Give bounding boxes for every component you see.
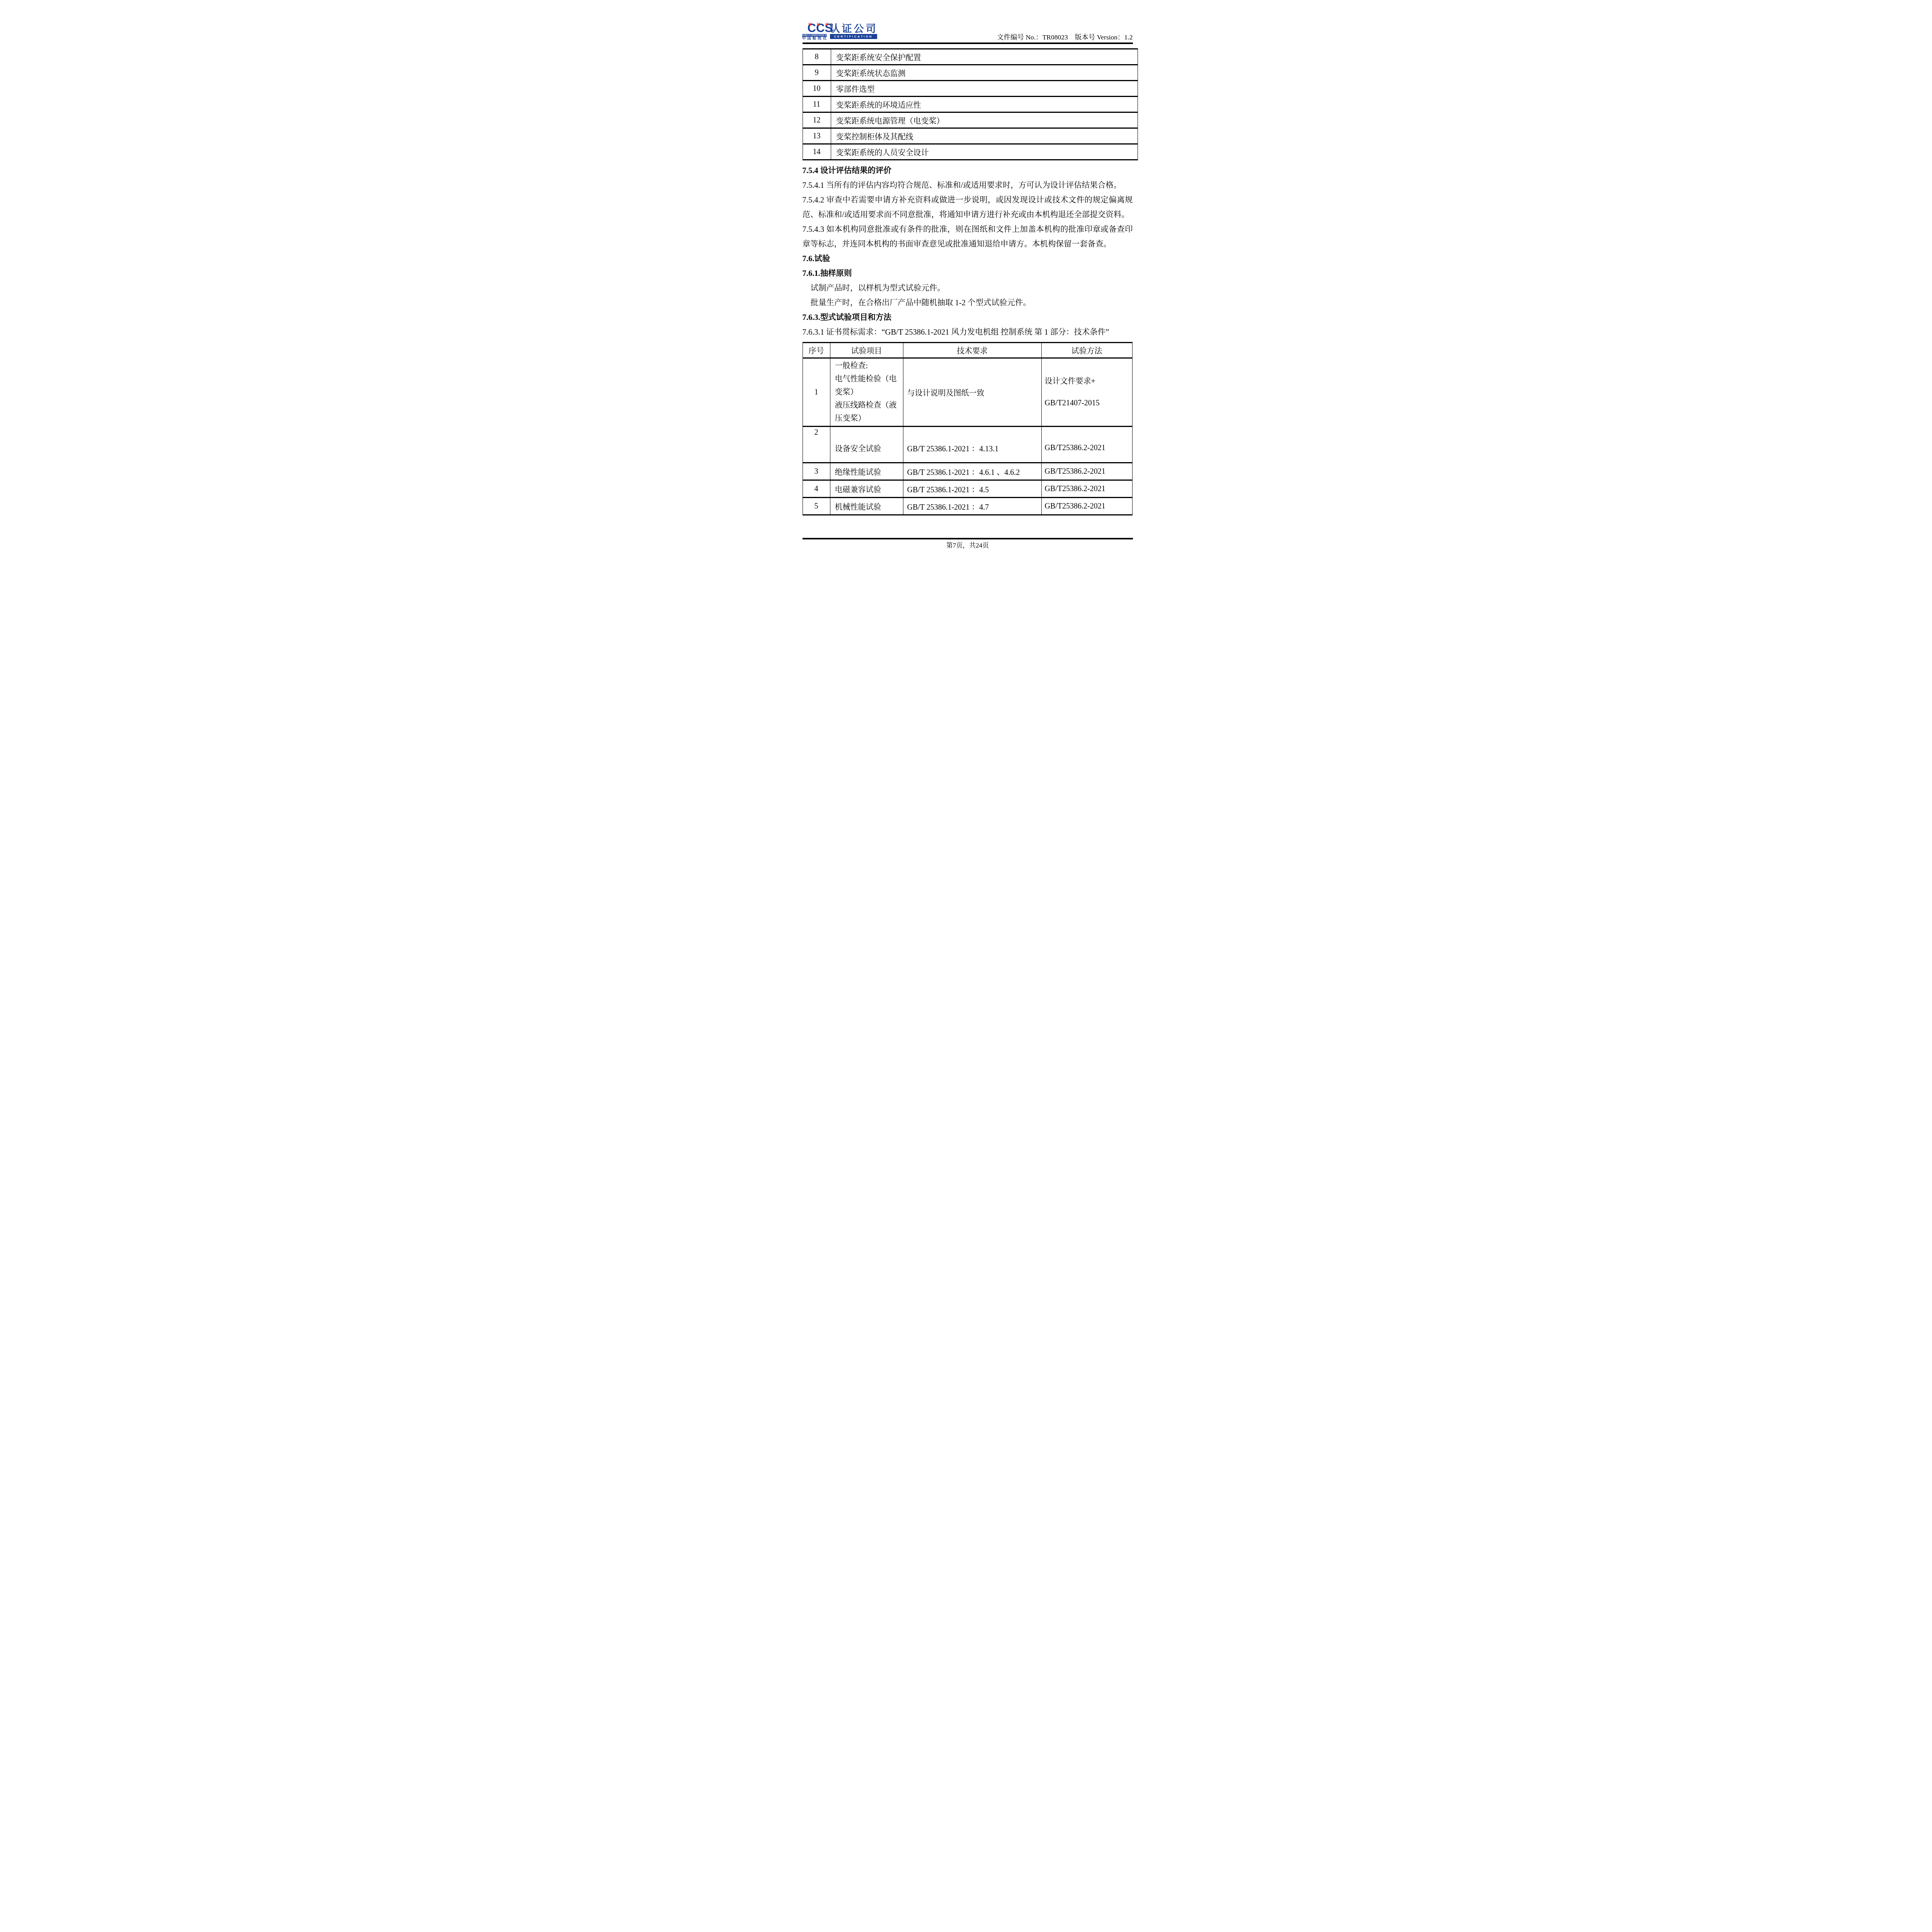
footer-rule	[803, 538, 1133, 539]
col-header-method: 试验方法	[1041, 343, 1132, 358]
requirement-cell: 与设计说明及图纸一致	[903, 358, 1041, 427]
col-header-item: 试验项目	[830, 343, 903, 358]
table-row: 14变桨距系统的人员安全设计	[803, 144, 1138, 160]
para-7543: 7.5.4.3 如本机构同意批准或有条件的批准，则在图纸和文件上加盖本机构的批准…	[803, 222, 1133, 252]
method-cell: GB/T25386.2-2021	[1041, 463, 1132, 480]
table-row: 2 设备安全试验 GB/T 25386.1-2021 ：4.13.1 GB/T2…	[803, 427, 1132, 463]
heading-754: 7.5.4 设计评估结果的评价	[803, 163, 1133, 178]
row-number-cell: 2	[803, 427, 830, 463]
clause-number: 7.5.4.1	[803, 181, 827, 190]
row-number-cell: 12	[803, 112, 831, 128]
test-item-cell: 绝缘性能试验	[830, 463, 903, 480]
doc-number: 文件编号 No.：TR08023	[997, 33, 1068, 41]
item-text-cell: 变桨距系统状态监测	[831, 65, 1138, 81]
row-number-cell: 5	[803, 498, 830, 515]
page-header: CCS CHINA CLASSIFICATION SOCIETY 中国船级社 认…	[803, 0, 1133, 44]
table-row: 9变桨距系统状态监测	[803, 65, 1138, 81]
row-number-cell: 14	[803, 144, 831, 160]
table-header-row: 序号 试验项目 技术要求 试验方法	[803, 343, 1132, 358]
doc-version: 版本号 Version：1.2	[1075, 33, 1133, 41]
item-text-cell: 变桨距系统电源管理（电变桨）	[831, 112, 1138, 128]
requirement-cell: GB/T 25386.1-2021 ：4.6.1 、4.6.2	[903, 463, 1041, 480]
clause-number: 7.5.4.3	[803, 225, 827, 234]
test-item-cell: 电磁兼容试验	[830, 480, 903, 498]
test-item-cell: 机械性能试验	[830, 498, 903, 515]
ccs-letters: CCS	[808, 21, 833, 35]
society-cn-label: 中国船级社	[802, 37, 829, 41]
col-header-requirement: 技术要求	[903, 343, 1041, 358]
table-row: 4 电磁兼容试验 GB/T 25386.1-2021 ：4.5 GB/T2538…	[803, 480, 1132, 498]
certification-en-bar: CERTIFICATION	[830, 34, 877, 39]
method-cell: GB/T25386.2-2021	[1041, 498, 1132, 515]
row-number-cell: 13	[803, 128, 831, 144]
test-item-cell: 设备安全试验	[830, 427, 903, 463]
table-row: 1 一般检查: 电气性能检验（电变桨） 液压线路检查（液压变桨） 与设计说明及图…	[803, 358, 1132, 427]
table-row: 11变桨距系统的环境适应性	[803, 97, 1138, 112]
table-row: 5 机械性能试验 GB/T 25386.1-2021 ：4.7 GB/T2538…	[803, 498, 1132, 515]
para-7631: 7.6.3.1 证书贯标需求：“GB/T 25386.1-2021 风力发电机组…	[803, 325, 1133, 340]
page-number: 第7页，共24页	[803, 542, 1133, 549]
ccs-logo-text: CCS	[808, 24, 833, 32]
heading-761: 7.6.1.抽样原则	[803, 266, 1133, 281]
clause-number: 7.5.4.2	[803, 196, 827, 204]
item-text-cell: 零部件选型	[831, 81, 1138, 97]
row-number-cell: 4	[803, 480, 830, 498]
row-number-cell: 8	[803, 49, 831, 65]
evaluation-items-table: 8变桨距系统安全保护配置 9变桨距系统状态监测 10零部件选型 11变桨距系统的…	[803, 48, 1138, 160]
col-header-no: 序号	[803, 343, 830, 358]
para-7541: 7.5.4.1 当所有的评估内容均符合规范、标准和/或适用要求时，方可认为设计评…	[803, 178, 1133, 193]
table-row: 8变桨距系统安全保护配置	[803, 49, 1138, 65]
doc-meta: 文件编号 No.：TR08023版本号 Version：1.2	[997, 33, 1133, 41]
ccs-logo: CCS CHINA CLASSIFICATION SOCIETY 中国船级社 认…	[802, 0, 915, 40]
row-number-cell: 3	[803, 463, 830, 480]
row-number-cell: 1	[803, 358, 830, 427]
document-page: CCS CHINA CLASSIFICATION SOCIETY 中国船级社 认…	[767, 0, 1165, 564]
method-cell: 设计文件要求+ GB/T21407-2015	[1041, 358, 1132, 427]
table-row: 13变桨控制柜体及其配线	[803, 128, 1138, 144]
row-number-cell: 9	[803, 65, 831, 81]
heading-76: 7.6.试验	[803, 252, 1133, 266]
item-text-cell: 变桨距系统的环境适应性	[831, 97, 1138, 112]
heading-763: 7.6.3.型式试验项目和方法	[803, 310, 1133, 325]
para-batch: 批量生产时，在合格出厂产品中随机抽取 1-2 个型式试验元件。	[803, 296, 1133, 310]
method-cell: GB/T25386.2-2021	[1041, 480, 1132, 498]
item-text-cell: 变桨控制柜体及其配线	[831, 128, 1138, 144]
clause-number: 7.6.3.1	[803, 328, 827, 337]
row-number-cell: 10	[803, 81, 831, 97]
item-text-cell: 变桨距系统安全保护配置	[831, 49, 1138, 65]
para-7542: 7.5.4.2 审查中若需要申请方补充资料或做进一步说明，或因发现设计或技术文件…	[803, 193, 1133, 222]
table-row: 3 绝缘性能试验 GB/T 25386.1-2021 ：4.6.1 、4.6.2…	[803, 463, 1132, 480]
item-text-cell: 变桨距系统的人员安全设计	[831, 144, 1138, 160]
para-trial: 试制产品时，以样机为型式试验元件。	[803, 281, 1133, 296]
document-body: 7.5.4 设计评估结果的评价 7.5.4.1 当所有的评估内容均符合规范、标准…	[803, 163, 1133, 340]
cert-company-cn-label: 认证公司	[830, 24, 878, 33]
table-row: 10零部件选型	[803, 81, 1138, 97]
method-cell: GB/T25386.2-2021	[1041, 427, 1132, 463]
requirement-cell: GB/T 25386.1-2021 ：4.5	[903, 480, 1041, 498]
test-item-cell: 一般检查: 电气性能检验（电变桨） 液压线路检查（液压变桨）	[830, 358, 903, 427]
table-row: 12变桨距系统电源管理（电变桨）	[803, 112, 1138, 128]
type-test-table: 序号 试验项目 技术要求 试验方法 1 一般检查: 电气性能检验（电变桨） 液压…	[803, 342, 1133, 515]
requirement-cell: GB/T 25386.1-2021 ：4.13.1	[903, 427, 1041, 463]
row-number-cell: 11	[803, 97, 831, 112]
requirement-cell: GB/T 25386.1-2021 ：4.7	[903, 498, 1041, 515]
